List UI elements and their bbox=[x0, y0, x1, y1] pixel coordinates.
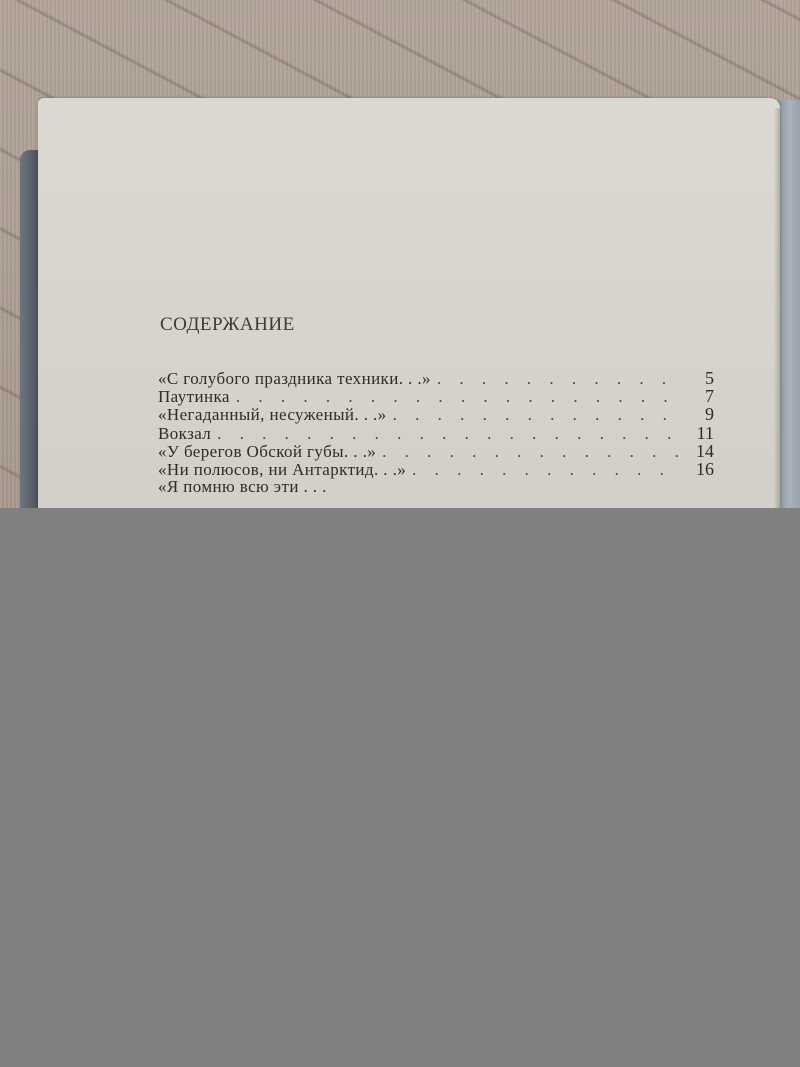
toc-entry-page: 9 bbox=[684, 405, 714, 423]
toc-entry: «Негаданный, несуженый. . .» 9 bbox=[158, 405, 718, 423]
toc-entry: «С голубого праздника техники. . .» 5 bbox=[158, 369, 718, 387]
dot-leader bbox=[217, 425, 678, 443]
toc-entry-partial: «Я помню всю эти . . . bbox=[158, 478, 718, 496]
book-cover-right-edge bbox=[778, 100, 800, 520]
toc-entry-page: 14 bbox=[684, 442, 714, 460]
toc-heading: СОДЕРЖАНИЕ bbox=[160, 314, 295, 336]
toc-entry-title: «Негаданный, несуженый. . .» bbox=[158, 406, 387, 424]
toc-entry: «Ни полюсов, ни Антарктид. . .» 16 bbox=[158, 460, 718, 478]
dot-leader bbox=[382, 443, 678, 461]
page-right-edge-shadow bbox=[774, 108, 780, 528]
dot-leader bbox=[393, 406, 678, 424]
table-of-contents: «С голубого праздника техники. . .» 5 Па… bbox=[158, 369, 718, 496]
dot-leader bbox=[412, 461, 678, 479]
toc-entry-page: 16 bbox=[684, 460, 714, 478]
gray-redaction-box bbox=[0, 508, 800, 1067]
toc-entry-page: 5 bbox=[684, 369, 714, 387]
toc-entry: Вокзал 11 bbox=[158, 424, 718, 442]
toc-entry-title: «Я помню всю эти . . . bbox=[158, 478, 327, 496]
toc-entry-title: Вокзал bbox=[158, 425, 211, 443]
toc-entry-title: Паутинка bbox=[158, 388, 230, 406]
toc-entry: «У берегов Обской губы. . .» 14 bbox=[158, 442, 718, 460]
dot-leader bbox=[437, 370, 678, 388]
toc-entry-page: 7 bbox=[684, 387, 714, 405]
toc-entry: Паутинка 7 bbox=[158, 387, 718, 405]
toc-entry-title: «С голубого праздника техники. . .» bbox=[158, 370, 431, 388]
dot-leader bbox=[236, 388, 678, 406]
toc-entry-title: «У берегов Обской губы. . .» bbox=[158, 443, 376, 461]
toc-entry-page: 11 bbox=[684, 424, 714, 442]
